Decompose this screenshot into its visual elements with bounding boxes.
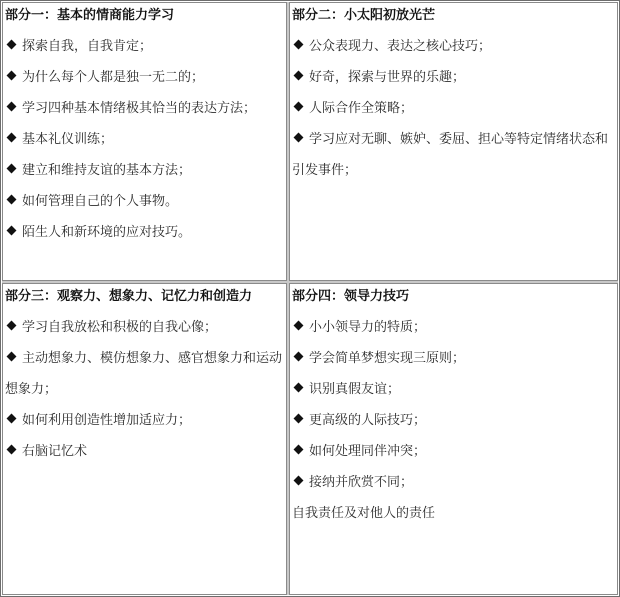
diamond-bullet-icon — [7, 226, 17, 236]
list-item-text: 如何处理同伴冲突； — [309, 444, 426, 459]
section-list: 探索自我，自我肯定； 为什么每个人都是独一无二的； 学习四种基本情绪极其恰当的表… — [5, 39, 286, 240]
section-title: 部分三：观察力、想象力、记忆力和创造力 — [5, 289, 286, 305]
diamond-bullet-icon — [294, 383, 304, 393]
list-item-text: 自我责任及对他人的责任 — [292, 506, 435, 521]
diamond-bullet-icon — [7, 102, 17, 112]
list-item-text: 陌生人和新环境的应对技巧。 — [22, 225, 191, 240]
list-item: 学习应对无聊、嫉妒、委屈、担心等特定情绪状态和引发事件； — [292, 124, 617, 186]
list-item-text: 右脑记忆术 — [22, 444, 87, 459]
list-item-text: 如何管理自己的个人事物。 — [22, 194, 178, 209]
section-cell-4: 部分四：领导力技巧 小小领导力的特质； 学会简单梦想实现三原则； 识别真假友谊；… — [289, 283, 618, 595]
section-cell-3: 部分三：观察力、想象力、记忆力和创造力 学习自我放松和积极的自我心像； 主动想象… — [2, 283, 287, 595]
list-item: 如何利用创造性增加适应力； — [5, 413, 286, 428]
list-item: 好奇，探索与世界的乐趣； — [292, 70, 617, 85]
section-cell-1: 部分一：基本的情商能力学习 探索自我，自我肯定； 为什么每个人都是独一无二的； … — [2, 2, 287, 281]
diamond-bullet-icon — [7, 195, 17, 205]
list-item: 如何处理同伴冲突； — [292, 444, 617, 459]
list-item-text: 学会简单梦想实现三原则； — [309, 351, 465, 366]
list-item: 主动想象力、模仿想象力、感官想象力和运动想象力； — [5, 343, 286, 405]
list-item-text: 人际合作全策略； — [309, 101, 413, 116]
list-item: 学习自我放松和积极的自我心像； — [5, 320, 286, 335]
list-item: 为什么每个人都是独一无二的； — [5, 70, 286, 85]
list-item: 公众表现力、表达之核心技巧； — [292, 39, 617, 54]
section-list: 公众表现力、表达之核心技巧； 好奇，探索与世界的乐趣； 人际合作全策略； 学习应… — [292, 39, 617, 186]
list-item-text: 基本礼仪训练； — [22, 132, 113, 147]
section-title: 部分一：基本的情商能力学习 — [5, 8, 286, 24]
diamond-bullet-icon — [7, 133, 17, 143]
list-item: 建立和维持友谊的基本方法； — [5, 163, 286, 178]
diamond-bullet-icon — [294, 40, 304, 50]
diamond-bullet-icon — [294, 133, 304, 143]
list-item: 更高级的人际技巧； — [292, 413, 617, 428]
list-item: 探索自我，自我肯定； — [5, 39, 286, 54]
diamond-bullet-icon — [7, 164, 17, 174]
diamond-bullet-icon — [7, 445, 17, 455]
list-item: 陌生人和新环境的应对技巧。 — [5, 225, 286, 240]
list-item-text: 公众表现力、表达之核心技巧； — [309, 39, 491, 54]
diamond-bullet-icon — [7, 321, 17, 331]
diamond-bullet-icon — [294, 445, 304, 455]
list-item-text: 接纳并欣赏不同； — [309, 475, 413, 490]
section-list: 学习自我放松和积极的自我心像； 主动想象力、模仿想象力、感官想象力和运动想象力；… — [5, 320, 286, 459]
curriculum-table: 部分一：基本的情商能力学习 探索自我，自我肯定； 为什么每个人都是独一无二的； … — [0, 0, 620, 597]
list-item-text: 识别真假友谊； — [309, 382, 400, 397]
diamond-bullet-icon — [7, 414, 17, 424]
diamond-bullet-icon — [294, 71, 304, 81]
curriculum-grid: 部分一：基本的情商能力学习 探索自我，自我肯定； 为什么每个人都是独一无二的； … — [2, 2, 618, 595]
list-item: 识别真假友谊； — [292, 382, 617, 397]
diamond-bullet-icon — [294, 414, 304, 424]
list-item: 自我责任及对他人的责任 — [292, 506, 617, 521]
list-item-text: 主动想象力、模仿想象力、感官想象力和运动想象力； — [5, 351, 282, 397]
list-item-text: 学习自我放松和积极的自我心像； — [22, 320, 217, 335]
diamond-bullet-icon — [294, 321, 304, 331]
diamond-bullet-icon — [294, 352, 304, 362]
section-cell-2: 部分二：小太阳初放光芒 公众表现力、表达之核心技巧； 好奇，探索与世界的乐趣； … — [289, 2, 618, 281]
diamond-bullet-icon — [7, 71, 17, 81]
list-item: 人际合作全策略； — [292, 101, 617, 116]
list-item-text: 为什么每个人都是独一无二的； — [22, 70, 204, 85]
diamond-bullet-icon — [7, 40, 17, 50]
list-item-text: 建立和维持友谊的基本方法； — [22, 163, 191, 178]
list-item: 小小领导力的特质； — [292, 320, 617, 335]
list-item-text: 学习应对无聊、嫉妒、委屈、担心等特定情绪状态和引发事件； — [292, 132, 608, 178]
list-item-text: 如何利用创造性增加适应力； — [22, 413, 191, 428]
section-title: 部分二：小太阳初放光芒 — [292, 8, 617, 24]
list-item: 基本礼仪训练； — [5, 132, 286, 147]
section-title: 部分四：领导力技巧 — [292, 289, 617, 305]
list-item: 接纳并欣赏不同； — [292, 475, 617, 490]
list-item-text: 探索自我，自我肯定； — [22, 39, 152, 54]
list-item: 学会简单梦想实现三原则； — [292, 351, 617, 366]
diamond-bullet-icon — [294, 476, 304, 486]
list-item-text: 更高级的人际技巧； — [309, 413, 426, 428]
list-item-text: 好奇，探索与世界的乐趣； — [309, 70, 465, 85]
list-item: 右脑记忆术 — [5, 444, 286, 459]
list-item-text: 小小领导力的特质； — [309, 320, 426, 335]
list-item: 如何管理自己的个人事物。 — [5, 194, 286, 209]
list-item-text: 学习四种基本情绪极其恰当的表达方法； — [22, 101, 256, 116]
diamond-bullet-icon — [7, 352, 17, 362]
section-list: 小小领导力的特质； 学会简单梦想实现三原则； 识别真假友谊； 更高级的人际技巧；… — [292, 320, 617, 521]
diamond-bullet-icon — [294, 102, 304, 112]
list-item: 学习四种基本情绪极其恰当的表达方法； — [5, 101, 286, 116]
